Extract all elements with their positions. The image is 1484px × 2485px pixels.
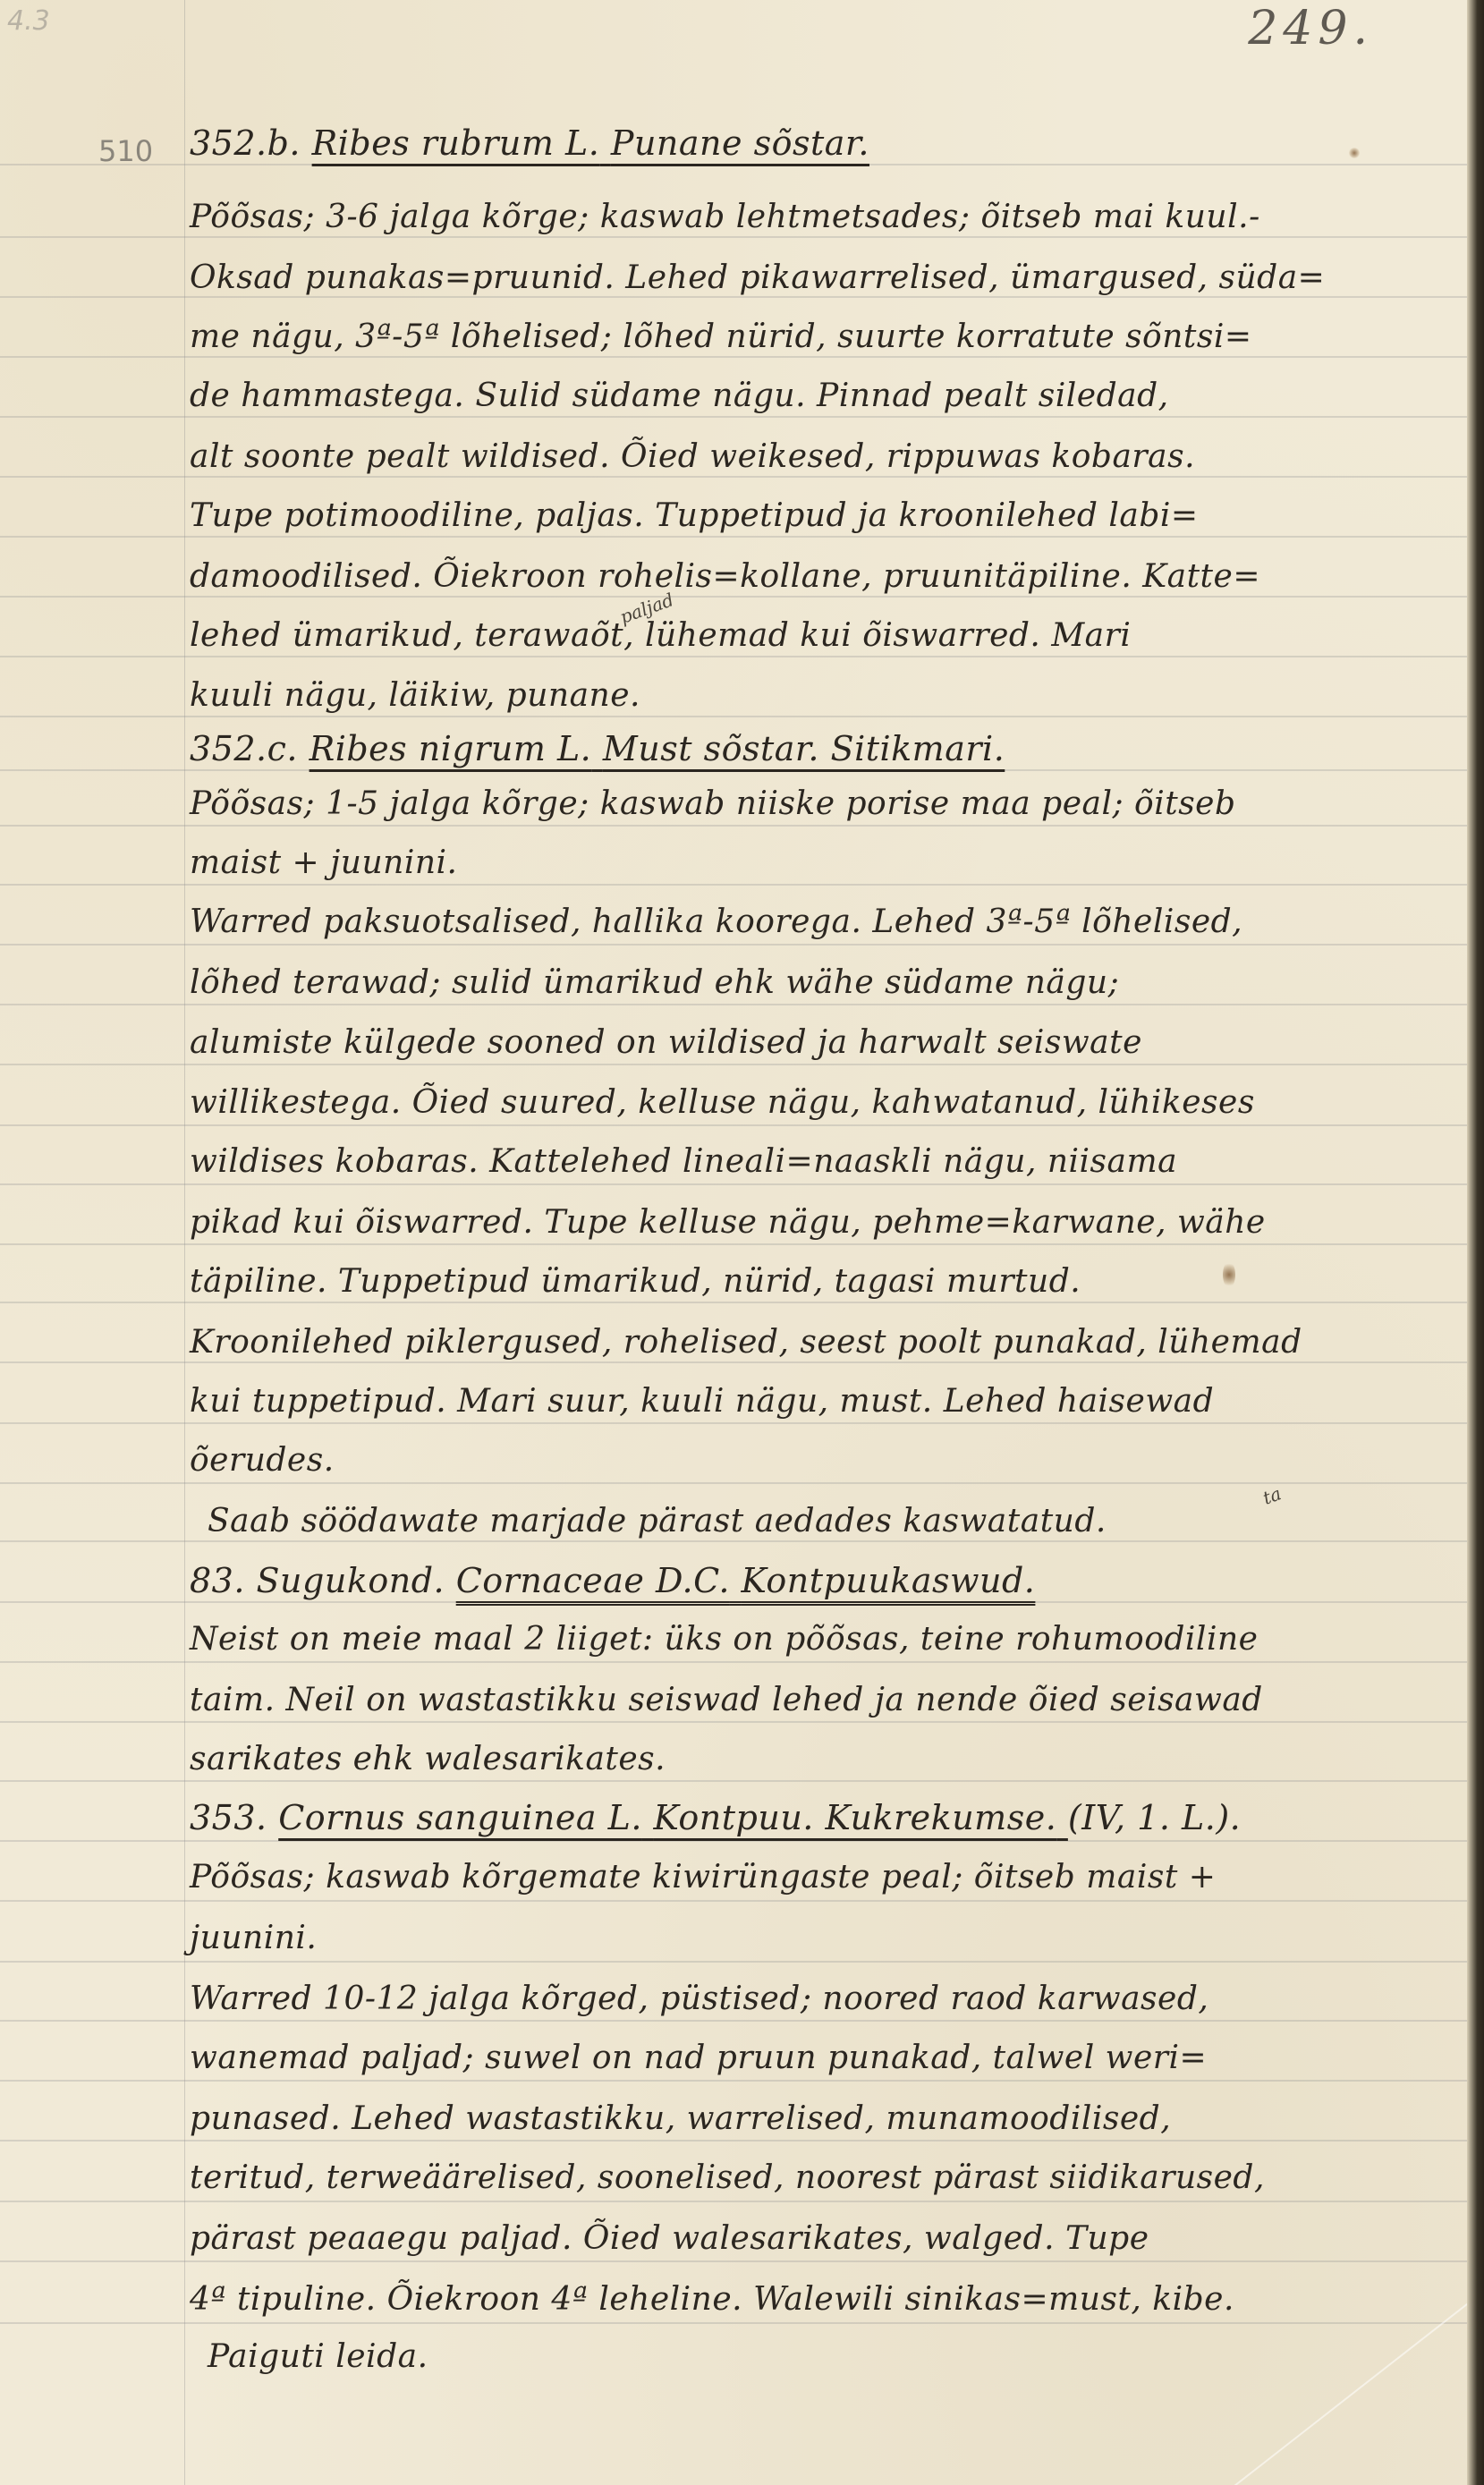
text-line: punased. Lehed wastastikku, warrelised, …	[190, 2100, 1171, 2137]
text-line: Põõsas; kaswab kõrgemate kiwirüngaste pe…	[190, 1859, 1216, 1896]
ruling-line	[0, 536, 1467, 538]
text-line: maist + juunini.	[190, 844, 457, 881]
ruling-line	[0, 356, 1467, 358]
text-line: damoodilised. Õiekroon rohelis=kollane, …	[190, 558, 1260, 595]
ruling-line	[0, 716, 1467, 717]
text-line: wildises kobaras. Kattelehed lineali=naa…	[190, 1143, 1177, 1180]
ruling-line	[0, 884, 1467, 886]
entry-number: 353.	[190, 1798, 267, 1837]
ink-spot	[1349, 148, 1360, 158]
paper-crease	[1234, 2298, 1474, 2485]
text-line: õerudes.	[190, 1442, 335, 1479]
ruling-line	[0, 1482, 1467, 1484]
text-line: Oksad punakas=pruunid. Lehed pikawarreli…	[190, 259, 1325, 296]
ruling-line	[0, 1243, 1467, 1245]
text-line: sarikates ehk walesarikates.	[190, 1741, 666, 1777]
ruling-line	[0, 2201, 1467, 2202]
ruling-line	[0, 416, 1467, 418]
text-line: Warred paksuotsalised, hallika koorega. …	[190, 903, 1242, 940]
family-heading-83: 83. Sugukond. Cornaceae D.C. Kontpuukasw…	[190, 1561, 1035, 1600]
ruling-line	[0, 1661, 1467, 1663]
text-line: wanemad paljad; suwel on nad pruun punak…	[190, 2040, 1207, 2076]
ruling-line	[0, 2260, 1467, 2262]
ruling-line	[0, 1601, 1467, 1603]
text-line: Warred 10-12 jalga kõrged, püstised; noo…	[190, 1980, 1208, 2017]
ruling-line	[0, 1124, 1467, 1126]
ruling-line	[0, 2080, 1467, 2082]
text-line: lehed ümarikud, terawaõt, lühemad kui õi…	[190, 617, 1131, 654]
text-line: kuuli nägu, läikiw, punane.	[190, 677, 640, 714]
ruling-line	[0, 769, 1467, 771]
ruling-line	[0, 2322, 1467, 2324]
text-line: lõhed terawad; sulid ümarikud ehk wähe s…	[190, 964, 1119, 1001]
entry-number: 352.b.	[190, 123, 301, 163]
common-name: Kontpuukaswud.	[742, 1561, 1036, 1600]
ruling-line	[0, 1961, 1467, 1963]
margin-rule-line	[184, 0, 185, 2485]
ruling-line	[0, 825, 1467, 827]
book-binding-edge	[1467, 0, 1484, 2485]
text-line: pikad kui õiswarred. Tupe kelluse nägu, …	[190, 1204, 1266, 1241]
entry-title-underlined: Ribes rubrum L. Punane sõstar.	[312, 123, 869, 163]
text-line: Põõsas; 3-6 jalga kõrge; kaswab lehtmets…	[190, 199, 1260, 235]
latin-name: Cornus sanguinea L.	[278, 1798, 642, 1837]
corner-pencil-mark: 4.3	[7, 5, 50, 37]
text-line: täpiline. Tuppetipud ümarikud, nürid, ta…	[190, 1263, 1081, 1300]
text-line: kui tuppetipud. Mari suur, kuuli nägu, m…	[190, 1383, 1214, 1420]
latin-name: Ribes rubrum L.	[312, 123, 600, 163]
ruling-line	[0, 1422, 1467, 1424]
text-line: alumiste külgede sooned on wildised ja h…	[190, 1024, 1142, 1061]
ruling-line	[0, 476, 1467, 478]
text-line: taim. Neil on wastastikku seiswad lehed …	[190, 1682, 1263, 1718]
common-name: Punane sõstar.	[611, 123, 869, 163]
text-line: Põõsas; 1-5 jalga kõrge; kaswab niiske p…	[190, 785, 1236, 822]
text-line: Saab söödawate marjade pärast aedades ka…	[208, 1503, 1107, 1539]
ruling-line	[0, 1302, 1467, 1303]
text-line-content: Oksad punakas=pruunid. Lehed pikawarreli…	[190, 259, 1325, 296]
text-line: Tupe potimoodiline, paljas. Tuppetipud j…	[190, 497, 1199, 534]
ruling-line	[0, 2140, 1467, 2142]
margin-catalog-number: 510	[98, 134, 153, 168]
text-line: willikestega. Õied suured, kelluse nägu,…	[190, 1084, 1255, 1121]
family-title-underlined: Cornaceae D.C. Kontpuukaswud.	[456, 1561, 1036, 1600]
latin-name: Cornaceae D.C.	[456, 1561, 730, 1600]
entry-title-underlined: Ribes nigrum L. Must sõstar. Sitikmari.	[310, 729, 1005, 768]
ruling-line	[0, 296, 1467, 298]
manuscript-page: 4.3 249. 510 352.b. Ribes rubrum L. Puna…	[0, 0, 1467, 2485]
text-line: Neist on meie maal 2 liiget: üks on põõs…	[190, 1621, 1258, 1658]
latin-name: Ribes nigrum L.	[310, 729, 592, 768]
text-line: de hammastega. Sulid südame nägu. Pinnad…	[190, 377, 1169, 414]
text-line: juunini.	[190, 1920, 317, 1956]
ruling-line	[0, 1900, 1467, 1902]
text-line: 4ª tipuline. Õiekroon 4ª leheline. Walew…	[190, 2281, 1234, 2318]
ruling-line	[0, 1064, 1467, 1065]
text-line: alt soonte pealt wildised. Õied weikesed…	[190, 438, 1195, 475]
ruling-line	[0, 1780, 1467, 1782]
text-line: Paiguti leida.	[208, 2338, 428, 2375]
ruling-line	[0, 1721, 1467, 1723]
ruling-line	[0, 944, 1467, 946]
ruling-line	[0, 596, 1467, 598]
text-line: teritud, terweäärelised, soonelised, noo…	[190, 2159, 1265, 2196]
burn-stain	[1223, 1261, 1235, 1288]
entry-heading-352c: 352.c. Ribes nigrum L. Must sõstar. Siti…	[190, 729, 1005, 768]
page-number: 249.	[1248, 2, 1373, 55]
ruling-line	[0, 656, 1467, 657]
common-name: Kontpuu. Kukrekumse.	[654, 1798, 1057, 1837]
text-line: Kroonilehed piklergused, rohelised, sees…	[190, 1324, 1302, 1361]
entry-title-underlined: Cornus sanguinea L. Kontpuu. Kukrekumse.	[278, 1798, 1068, 1837]
ruling-line	[0, 236, 1467, 238]
ruling-line	[0, 1183, 1467, 1185]
ruling-line	[0, 2020, 1467, 2022]
text-line: me nägu, 3ª-5ª lõhelised; lõhed nürid, s…	[190, 318, 1252, 355]
ruling-line	[0, 1004, 1467, 1005]
ruling-line	[0, 1540, 1467, 1542]
ruling-line	[0, 1840, 1467, 1842]
common-name: Must sõstar. Sitikmari.	[603, 729, 1005, 768]
interlinear-correction: ta	[1259, 1482, 1284, 1508]
family-number: 83. Sugukond.	[190, 1561, 445, 1600]
text-line: pärast peaaegu paljad. Õied walesarikate…	[190, 2220, 1149, 2257]
ruling-line	[0, 1361, 1467, 1363]
plate-reference: (IV, 1. L.).	[1068, 1798, 1241, 1837]
entry-heading-352b: 352.b. Ribes rubrum L. Punane sõstar.	[190, 123, 869, 163]
entry-heading-353: 353. Cornus sanguinea L. Kontpuu. Kukrek…	[190, 1798, 1241, 1837]
entry-number: 352.c.	[190, 729, 298, 768]
ruling-line	[0, 164, 1467, 165]
